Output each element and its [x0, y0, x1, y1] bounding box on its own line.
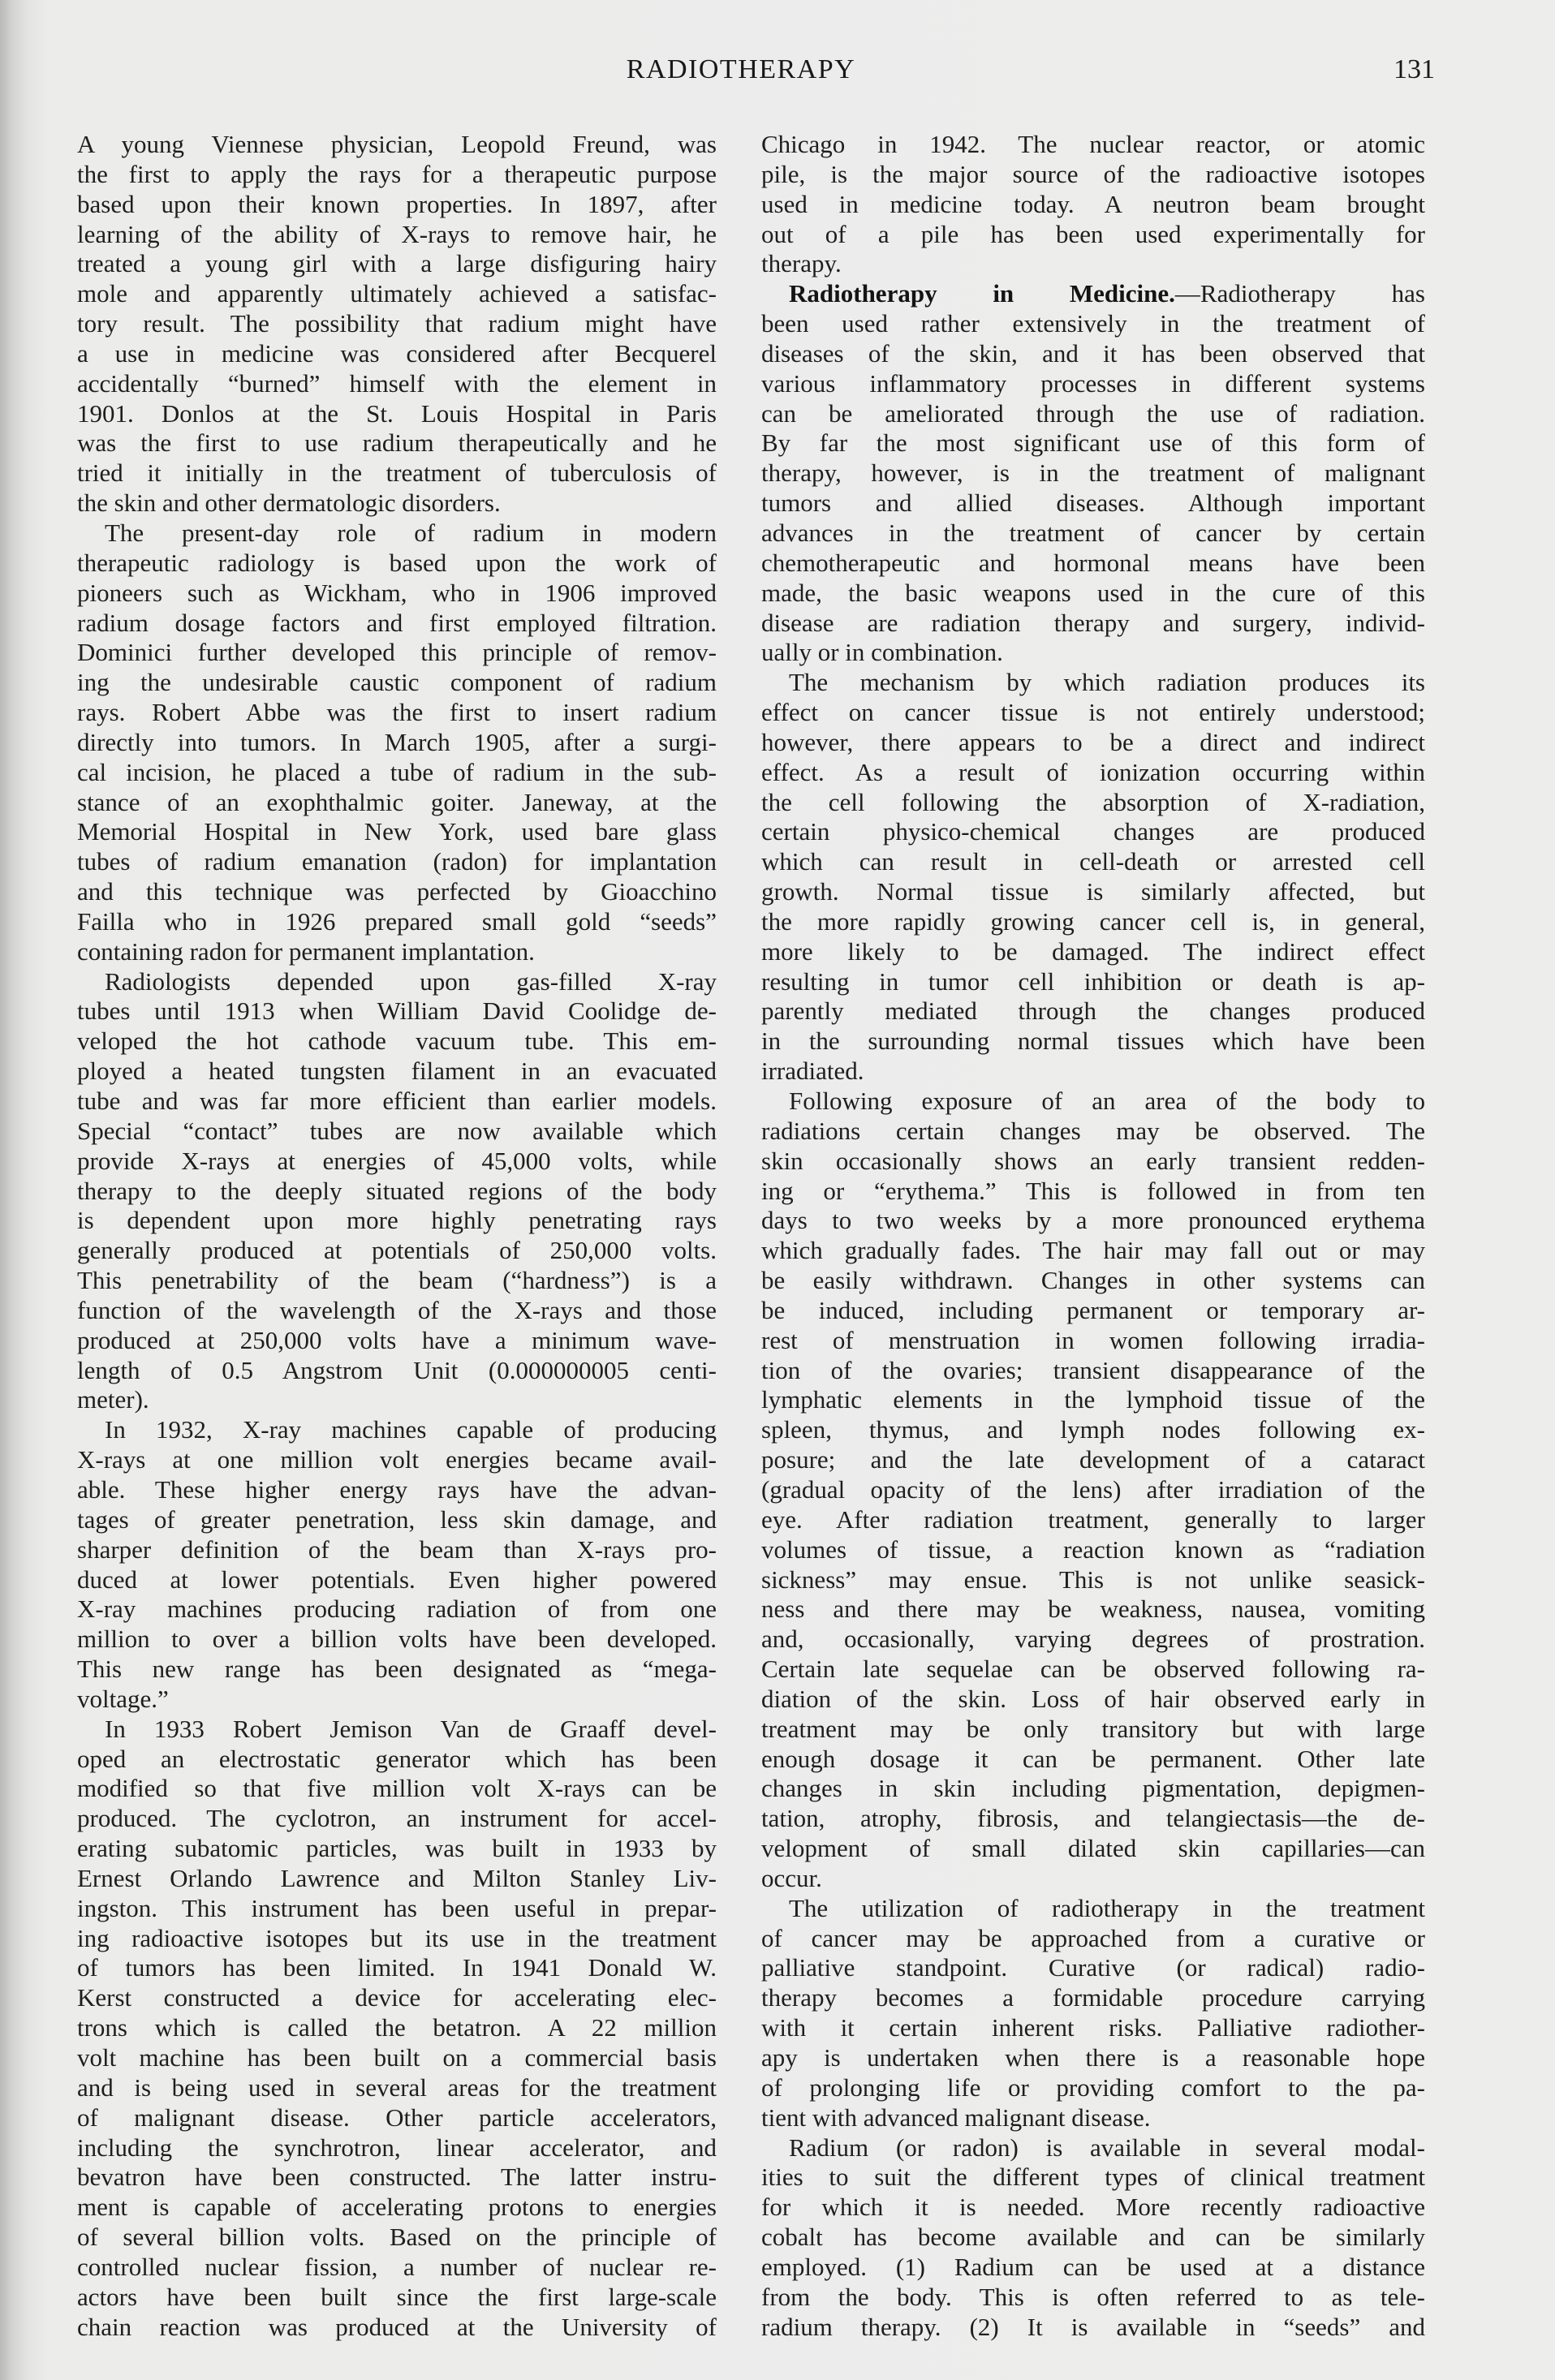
text-line: diation of the skin. Loss of hair observ… [761, 1685, 1425, 1715]
text-line: ingston. This instrument has been useful… [77, 1894, 717, 1924]
text-line: made, the basic weapons used in the cure… [761, 579, 1425, 609]
text-line: ing the undesirable caustic component of… [77, 668, 717, 698]
text-line: based upon their known properties. In 18… [77, 190, 717, 220]
text-line: the more rapidly growing cancer cell is,… [761, 907, 1425, 937]
text-line: of tumors has been limited. In 1941 Dona… [77, 1953, 717, 1983]
text-line: of malignant disease. Other particle acc… [77, 2103, 717, 2133]
text-line: certain physico-chemical changes are pro… [761, 817, 1425, 847]
text-line: tient with advanced malignant disease. [761, 2103, 1425, 2133]
running-head: RADIOTHERAPY 131 [0, 54, 1555, 86]
text-line: stance of an exophthalmic goiter. Janewa… [77, 788, 717, 818]
text-line: sharper definition of the beam than X-ra… [77, 1535, 717, 1565]
text-line: tation, atrophy, fibrosis, and telangiec… [761, 1804, 1425, 1834]
text-line: rest of menstruation in women following … [761, 1326, 1425, 1356]
text-line: tubes of radium emanation (radon) for im… [77, 847, 717, 877]
text-line: (gradual opacity of the lens) after irra… [761, 1475, 1425, 1505]
text-line: skin occasionally shows an early transie… [761, 1147, 1425, 1177]
text-line: been used rather extensively in the trea… [761, 309, 1425, 339]
text-line: of cancer may be approached from a curat… [761, 1924, 1425, 1954]
text-line: and is being used in several areas for t… [77, 2073, 717, 2103]
text-line: volt machine has been built on a commerc… [77, 2043, 717, 2073]
text-line: chemotherapeutic and hormonal means have… [761, 549, 1425, 579]
text-line: palliative standpoint. Curative (or radi… [761, 1953, 1425, 1983]
text-line: erating subatomic particles, was built i… [77, 1834, 717, 1864]
text-line: parently mediated through the changes pr… [761, 996, 1425, 1026]
text-line: provide X-rays at energies of 45,000 vol… [77, 1147, 717, 1177]
text-line: various inflammatory processes in differ… [761, 369, 1425, 399]
text-line: ing or “erythema.” This is followed in f… [761, 1177, 1425, 1207]
text-line: of prolonging life or providing comfort … [761, 2073, 1425, 2103]
text-line: meter). [77, 1385, 717, 1415]
text-line: is dependent upon more highly penetratin… [77, 1206, 717, 1236]
text-line: A young Viennese physician, Leopold Freu… [77, 130, 717, 160]
text-line: tages of greater penetration, less skin … [77, 1505, 717, 1535]
text-line: In 1932, X-ray machines capable of produ… [77, 1415, 717, 1445]
text-line: Failla who in 1926 prepared small gold “… [77, 907, 717, 937]
text-line: oped an electrostatic generator which ha… [77, 1745, 717, 1775]
text-line: more likely to be damaged. The indirect … [761, 937, 1425, 967]
text-line: duced at lower potentials. Even higher p… [77, 1565, 717, 1595]
text-line: velopment of small dilated skin capillar… [761, 1834, 1425, 1864]
text-line: This new range has been designated as “m… [77, 1655, 717, 1685]
text-line: produced. The cyclotron, an instrument f… [77, 1804, 717, 1834]
text-line: and this technique was perfected by Gioa… [77, 877, 717, 907]
text-line: tion of the ovaries; transient disappear… [761, 1356, 1425, 1386]
text-line: bevatron have been constructed. The latt… [77, 2163, 717, 2193]
text-line: produced at 250,000 volts have a minimum… [77, 1326, 717, 1356]
text-line: days to two weeks by a more pronounced e… [761, 1206, 1425, 1236]
text-line: tory result. The possibility that radium… [77, 309, 717, 339]
text-line: apy is undertaken when there is a reason… [761, 2043, 1425, 2073]
text-line: was the first to use radium therapeutica… [77, 428, 717, 458]
text-line: Dominici further developed this principl… [77, 638, 717, 668]
text-line: Certain late sequelae can be observed fo… [761, 1655, 1425, 1685]
text-line: The present-day role of radium in modern [77, 519, 717, 549]
text-line: voltage.” [77, 1685, 717, 1715]
text-line: The mechanism by which radiation produce… [761, 668, 1425, 698]
text-line: Radiotherapy in Medicine.—Radiotherapy h… [761, 279, 1425, 309]
text-line: trons which is called the betatron. A 22… [77, 2013, 717, 2043]
text-line: able. These higher energy rays have the … [77, 1475, 717, 1505]
text-line: controlled nuclear fission, a number of … [77, 2253, 717, 2283]
text-line: Memorial Hospital in New York, used bare… [77, 817, 717, 847]
text-line: Following exposure of an area of the bod… [761, 1087, 1425, 1117]
text-line: which can result in cell-death or arrest… [761, 847, 1425, 877]
text-line: Special “contact” tubes are now availabl… [77, 1117, 717, 1147]
text-line: eye. After radiation treatment, generall… [761, 1505, 1425, 1535]
text-line: used in medicine today. A neutron beam b… [761, 190, 1425, 220]
text-line: actors have been built since the first l… [77, 2283, 717, 2313]
text-line: which gradually fades. The hair may fall… [761, 1236, 1425, 1266]
text-line: spleen, thymus, and lymph nodes followin… [761, 1415, 1425, 1445]
text-line: By far the most significant use of this … [761, 428, 1425, 458]
text-line: generally produced at potentials of 250,… [77, 1236, 717, 1266]
text-line: tube and was far more efficient than ear… [77, 1087, 717, 1117]
text-line: Ernest Orlando Lawrence and Milton Stanl… [77, 1864, 717, 1894]
text-line: length of 0.5 Angstrom Unit (0.000000005… [77, 1356, 717, 1386]
text-line: resulting in tumor cell inhibition or de… [761, 967, 1425, 997]
text-line: effect. As a result of ionization occurr… [761, 758, 1425, 788]
text-line: The utilization of radiotherapy in the t… [761, 1894, 1425, 1924]
text-line: chain reaction was produced at the Unive… [77, 2313, 717, 2343]
text-line: modified so that five million volt X-ray… [77, 1774, 717, 1804]
text-line: therapy to the deeply situated regions o… [77, 1177, 717, 1207]
text-line: in the surrounding normal tissues which … [761, 1026, 1425, 1057]
text-line: pile, is the major source of the radioac… [761, 160, 1425, 190]
text-line: volumes of tissue, a reaction known as “… [761, 1535, 1425, 1565]
text-line: a use in medicine was considered after B… [77, 339, 717, 369]
text-line: X-ray machines producing radiation of fr… [77, 1595, 717, 1625]
text-line: therapy becomes a formidable procedure c… [761, 1983, 1425, 2013]
text-line: This penetrability of the beam (“hardnes… [77, 1266, 717, 1296]
text-line: posure; and the late development of a ca… [761, 1445, 1425, 1475]
text-line: Radiologists depended upon gas-filled X-… [77, 967, 717, 997]
text-line: sickness” may ensue. This is not unlike … [761, 1565, 1425, 1595]
text-line: accidentally “burned” himself with the e… [77, 369, 717, 399]
text-line: be induced, including permanent or tempo… [761, 1296, 1425, 1326]
text-line: containing radon for permanent implantat… [77, 937, 717, 967]
text-line: ing radioactive isotopes but its use in … [77, 1924, 717, 1954]
text-line: learning of the ability of X-rays to rem… [77, 220, 717, 250]
text-line: radium dosage factors and first employed… [77, 609, 717, 639]
running-title: RADIOTHERAPY [595, 54, 887, 86]
text-line: be easily withdrawn. Changes in other sy… [761, 1266, 1425, 1296]
right-text-column: Chicago in 1942. The nuclear reactor, or… [761, 130, 1425, 2342]
text-line: 1901. Donlos at the St. Louis Hospital i… [77, 399, 717, 429]
text-line: therapy. [761, 249, 1425, 279]
text-line: lymphatic elements in the lymphoid tissu… [761, 1385, 1425, 1415]
text-line: function of the wavelength of the X-rays… [77, 1296, 717, 1326]
text-line: radiations certain changes may be observ… [761, 1117, 1425, 1147]
text-line: veloped the hot cathode vacuum tube. Thi… [77, 1026, 717, 1057]
text-line: the first to apply the rays for a therap… [77, 160, 717, 190]
page-number: 131 [1385, 54, 1435, 86]
text-line: the cell following the absorption of X-r… [761, 788, 1425, 818]
text-line: ually or in combination. [761, 638, 1425, 668]
text-line: ployed a heated tungsten filament in an … [77, 1057, 717, 1087]
text-line: Radium (or radon) is available in severa… [761, 2133, 1425, 2163]
text-line: X-rays at one million volt energies beca… [77, 1445, 717, 1475]
text-line: therapy, however, is in the treatment of… [761, 458, 1425, 488]
text-line: for which it is needed. More recently ra… [761, 2193, 1425, 2223]
text-line: growth. Normal tissue is similarly affec… [761, 877, 1425, 907]
text-line-content: —Radiotherapy has [1175, 279, 1425, 308]
text-line: diseases of the skin, and it has been ob… [761, 339, 1425, 369]
text-line: million to over a billion volts have bee… [77, 1625, 717, 1655]
text-line: changes in skin including pigmentation, … [761, 1774, 1425, 1804]
text-line: Kerst constructed a device for accelerat… [77, 1983, 717, 2013]
text-line: however, there appears to be a direct an… [761, 728, 1425, 758]
text-line: tumors and allied diseases. Although imp… [761, 488, 1425, 519]
text-line: directly into tumors. In March 1905, aft… [77, 728, 717, 758]
text-line: rays. Robert Abbe was the first to inser… [77, 698, 717, 728]
text-line: In 1933 Robert Jemison Van de Graaff dev… [77, 1715, 717, 1745]
text-line: Chicago in 1942. The nuclear reactor, or… [761, 130, 1425, 160]
text-line: ness and there may be weakness, nausea, … [761, 1595, 1425, 1625]
text-line: tried it initially in the treatment of t… [77, 458, 717, 488]
text-line: from the body. This is often referred to… [761, 2283, 1425, 2313]
text-line: including the synchrotron, linear accele… [77, 2133, 717, 2163]
text-line: of several billion volts. Based on the p… [77, 2223, 717, 2253]
text-line: disease are radiation therapy and surger… [761, 609, 1425, 639]
text-line: with it certain inherent risks. Palliati… [761, 2013, 1425, 2043]
text-line: out of a pile has been used experimental… [761, 220, 1425, 250]
text-line: effect on cancer tissue is not entirely … [761, 698, 1425, 728]
text-line: employed. (1) Radium can be used at a di… [761, 2253, 1425, 2283]
text-line: can be ameliorated through the use of ra… [761, 399, 1425, 429]
text-line: occur. [761, 1864, 1425, 1894]
text-line: cobalt has become available and can be s… [761, 2223, 1425, 2253]
text-line: and, occasionally, varying degrees of pr… [761, 1625, 1425, 1655]
text-line: mole and apparently ultimately achieved … [77, 279, 717, 309]
text-line: tubes until 1913 when William David Cool… [77, 996, 717, 1026]
text-line: pioneers such as Wickham, who in 1906 im… [77, 579, 717, 609]
text-line: ities to suit the different types of cli… [761, 2163, 1425, 2193]
text-line: irradiated. [761, 1057, 1425, 1087]
book-page: RADIOTHERAPY 131 A young Viennese physic… [0, 0, 1555, 2380]
text-line: enough dosage it can be permanent. Other… [761, 1745, 1425, 1775]
text-line: treated a young girl with a large disfig… [77, 249, 717, 279]
left-text-column: A young Viennese physician, Leopold Freu… [77, 130, 717, 2342]
text-line: advances in the treatment of cancer by c… [761, 519, 1425, 549]
text-line: radium therapy. (2) It is available in “… [761, 2313, 1425, 2343]
text-line: treatment may be only transitory but wit… [761, 1715, 1425, 1745]
text-line: cal incision, he placed a tube of radium… [77, 758, 717, 788]
text-line: the skin and other dermatologic disorder… [77, 488, 717, 519]
text-line: therapeutic radiology is based upon the … [77, 549, 717, 579]
text-line: ment is capable of accelerating protons … [77, 2193, 717, 2223]
section-heading: Radiotherapy in Medicine. [789, 279, 1175, 308]
